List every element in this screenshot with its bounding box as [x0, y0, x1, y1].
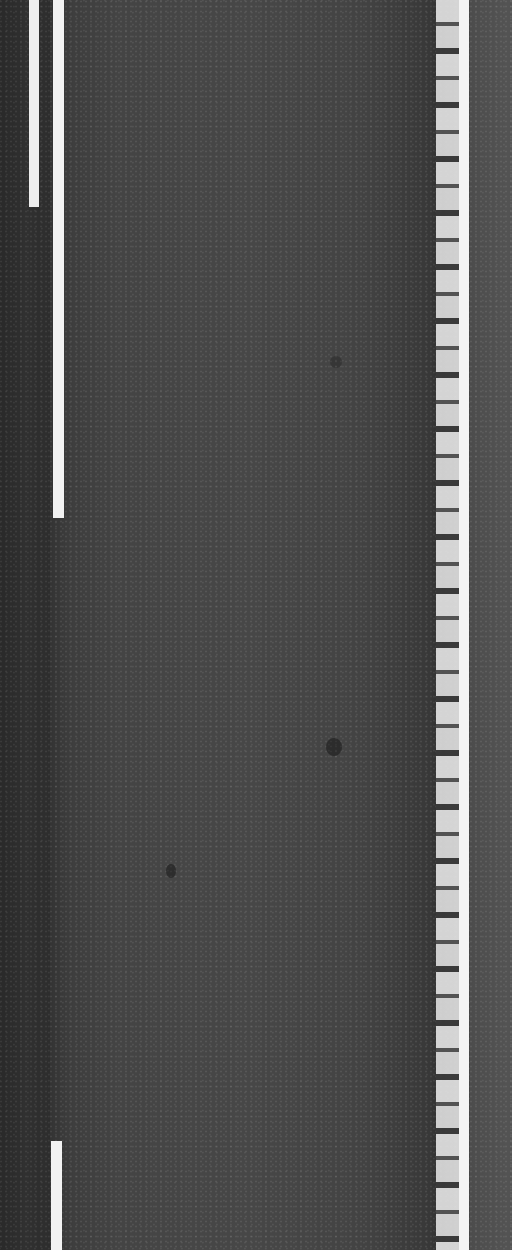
left-lane-marking-lower — [51, 1141, 62, 1250]
right-edge-marking — [459, 0, 469, 1250]
asphalt-road — [0, 0, 512, 1250]
left-edge-marking — [29, 0, 39, 207]
right-worn-lane-marking — [436, 0, 461, 1250]
left-lane-marking-upper — [53, 0, 64, 518]
pavement-stain — [166, 864, 176, 878]
right-shoulder — [470, 0, 512, 1250]
pavement-stain — [326, 738, 342, 756]
pavement-stain — [330, 356, 342, 368]
left-shoulder — [0, 0, 50, 1250]
